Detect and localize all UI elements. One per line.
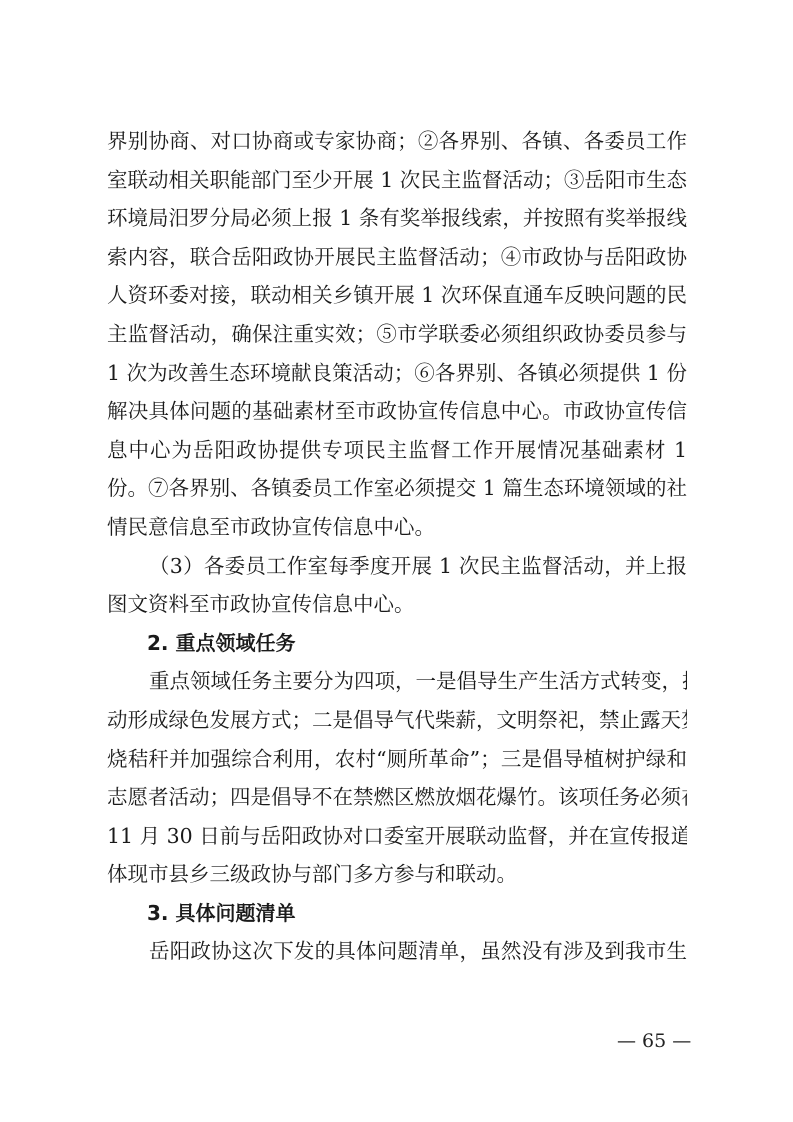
body-line-2: 室联动相关职能部门至少开展 1 次民主监督活动；③岳阳市生态 bbox=[107, 161, 687, 200]
section-heading-key-areas: 2. 重点领域任务 bbox=[107, 624, 687, 663]
key-areas-line-2: 动形成绿色发展方式；二是倡导气代柴薪，文明祭祀，禁止露天焚 bbox=[107, 701, 687, 740]
section-heading-issue-list: 3. 具体问题清单 bbox=[107, 894, 687, 933]
key-areas-line-6: 体现市县乡三级政协与部门多方参与和联动。 bbox=[107, 855, 687, 894]
document-page: 界别协商、对口协商或专家协商；②各界别、各镇、各委员工作 室联动相关职能部门至少… bbox=[107, 122, 687, 971]
key-areas-line-4: 志愿者活动；四是倡导不在禁燃区燃放烟花爆竹。该项任务必须在 bbox=[107, 778, 687, 817]
body-line-6: 主监督活动，确保注重实效；⑤市学联委必须组织政协委员参与 bbox=[107, 315, 687, 354]
body-line-3: 环境局汨罗分局必须上报 1 条有奖举报线索，并按照有奖举报线 bbox=[107, 199, 687, 238]
body-line-4: 索内容，联合岳阳政协开展民主监督活动；④市政协与岳阳政协 bbox=[107, 238, 687, 277]
paragraph-3-line-2: 图文资料至市政协宣传信息中心。 bbox=[107, 585, 687, 624]
key-areas-line-5: 11 月 30 日前与岳阳政协对口委室开展联动监督，并在宣传报道中 bbox=[107, 817, 687, 856]
body-line-9: 息中心为岳阳政协提供专项民主监督工作开展情况基础素材 1 bbox=[107, 431, 687, 470]
body-line-5: 人资环委对接，联动相关乡镇开展 1 次环保直通车反映问题的民 bbox=[107, 276, 687, 315]
body-line-10: 份。⑦各界别、各镇委员工作室必须提交 1 篇生态环境领域的社 bbox=[107, 469, 687, 508]
key-areas-line-1: 重点领域任务主要分为四项，一是倡导生产生活方式转变，推 bbox=[107, 662, 687, 701]
body-line-11: 情民意信息至市政协宣传信息中心。 bbox=[107, 508, 687, 547]
paragraph-3-line-1: （3）各委员工作室每季度开展 1 次民主监督活动，并上报 bbox=[107, 547, 687, 586]
page-number: — 65 — bbox=[617, 1030, 691, 1052]
key-areas-line-3: 烧秸秆并加强综合利用，农村“厕所革命”；三是倡导植树护绿和 bbox=[107, 740, 687, 779]
body-line-1: 界别协商、对口协商或专家协商；②各界别、各镇、各委员工作 bbox=[107, 122, 687, 161]
body-line-8: 解决具体问题的基础素材至市政协宣传信息中心。市政协宣传信 bbox=[107, 392, 687, 431]
body-line-7: 1 次为改善生态环境献良策活动；⑥各界别、各镇必须提供 1 份 bbox=[107, 354, 687, 393]
issue-list-line-1: 岳阳政协这次下发的具体问题清单，虽然没有涉及到我市生 bbox=[107, 932, 687, 971]
